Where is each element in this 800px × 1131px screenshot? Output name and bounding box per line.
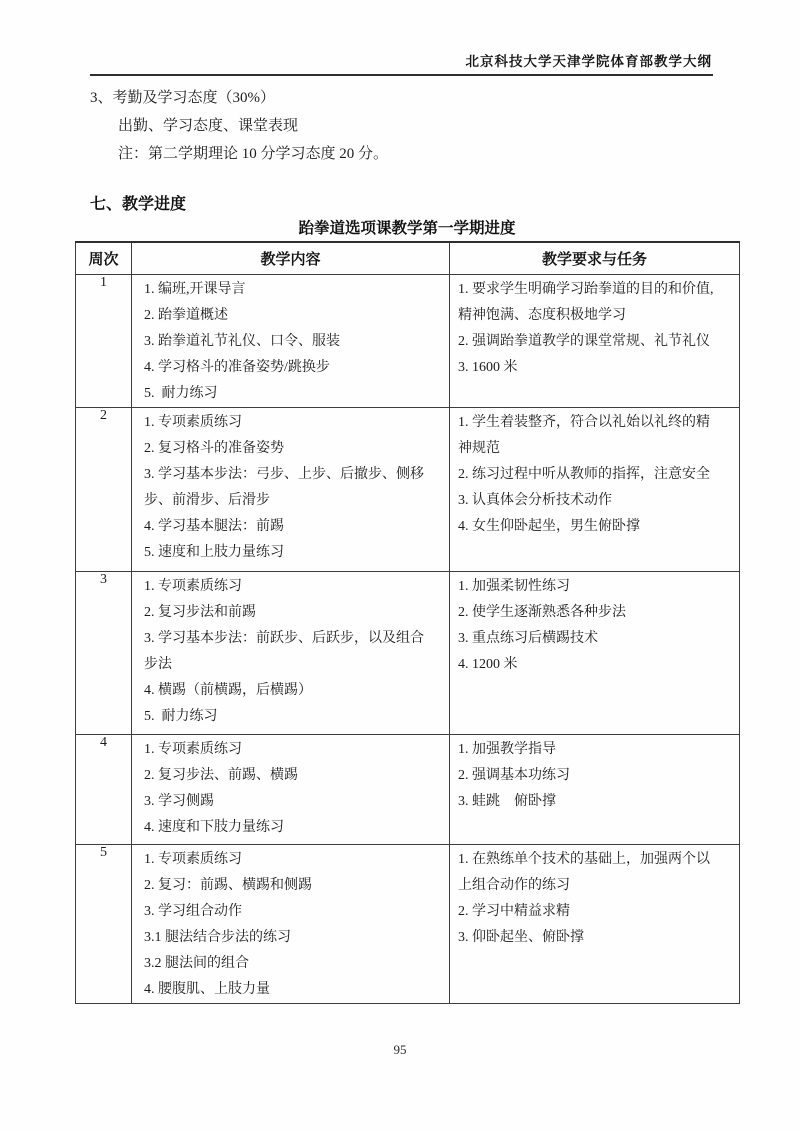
cell-line: 3. 跆拳道礼节礼仪、口令、服装 xyxy=(144,329,445,355)
cell-line: 2. 跆拳道概述 xyxy=(144,303,445,329)
cell-line: 步、前滑步、后滑步 xyxy=(144,488,445,514)
cell-line: 5. 耐力练习 xyxy=(144,381,445,407)
col-header-content: 教学内容 xyxy=(132,242,450,274)
grading-section: 3、考勤及学习态度（30%） 出勤、学习态度、课堂表现 注：第二学期理论 10 … xyxy=(90,84,720,168)
content-cell: 1. 专项素质练习2. 复习步法和前踢3. 学习基本步法：前跃步、后跃步，以及组… xyxy=(132,571,450,734)
cell-line: 1. 专项素质练习 xyxy=(144,574,445,600)
requirements-cell: 1. 加强柔韧性练习2. 使学生逐渐熟悉各种步法3. 重点练习后横踢技术4. 1… xyxy=(450,571,740,734)
schedule-table: 周次 教学内容 教学要求与任务 1 1. 编班,开课导言2. 跆拳道概述3. 跆… xyxy=(75,241,740,1004)
grading-item-detail: 出勤、学习态度、课堂表现 xyxy=(90,112,720,140)
cell-line: 1. 要求学生明确学习跆拳道的目的和价值, xyxy=(458,277,735,303)
page-header-title: 北京科技大学天津学院体育部教学大纲 xyxy=(466,50,713,70)
cell-line: 1. 专项素质练习 xyxy=(144,737,445,763)
cell-line: 2. 复习步法、前踢、横踢 xyxy=(144,763,445,789)
cell-line: 2. 使学生逐渐熟悉各种步法 xyxy=(458,600,735,626)
cell-line: 4. 女生仰卧起坐，男生俯卧撑 xyxy=(458,514,735,540)
cell-line: 3. 蛙跳 俯卧撑 xyxy=(458,789,735,815)
grading-note: 注：第二学期理论 10 分学习态度 20 分。 xyxy=(90,140,720,168)
cell-line: 1. 在熟练单个技术的基础上，加强两个以 xyxy=(458,847,735,873)
cell-line: 3. 重点练习后横踢技术 xyxy=(458,626,735,652)
requirements-cell: 1. 学生着装整齐，符合以礼始以礼终的精神规范2. 练习过程中听从教师的指挥，注… xyxy=(450,407,740,571)
cell-line: 2. 复习格斗的准备姿势 xyxy=(144,436,445,462)
requirements-cell: 1. 加强教学指导2. 强调基本功练习3. 蛙跳 俯卧撑 xyxy=(450,734,740,844)
cell-line: 3. 学习侧踢 xyxy=(144,789,445,815)
cell-line: 3. 1600 米 xyxy=(458,355,735,381)
col-header-requirements: 教学要求与任务 xyxy=(450,242,740,274)
table-title: 跆拳道选项课教学第一学期进度 xyxy=(75,216,739,238)
cell-line: 神规范 xyxy=(458,436,735,462)
requirements-cell: 1. 要求学生明确学习跆拳道的目的和价值,精神饱满、态度积极地学习2. 强调跆拳… xyxy=(450,274,740,407)
page-number: 95 xyxy=(0,1042,800,1058)
week-cell: 2 xyxy=(76,407,132,571)
cell-line: 2. 学习中精益求精 xyxy=(458,899,735,925)
cell-line: 2. 复习：前踢、横踢和侧踢 xyxy=(144,873,445,899)
table-row-week-3: 3 1. 专项素质练习2. 复习步法和前踢3. 学习基本步法：前跃步、后跃步，以… xyxy=(76,571,740,734)
cell-line: 精神饱满、态度积极地学习 xyxy=(458,303,735,329)
cell-line: 4. 学习格斗的准备姿势/跳换步 xyxy=(144,355,445,381)
content-cell: 1. 编班,开课导言2. 跆拳道概述3. 跆拳道礼节礼仪、口令、服装4. 学习格… xyxy=(132,274,450,407)
cell-line: 5. 耐力练习 xyxy=(144,704,445,730)
content-cell: 1. 专项素质练习2. 复习格斗的准备姿势3. 学习基本步法：弓步、上步、后撤步… xyxy=(132,407,450,571)
cell-line: 3. 学习基本步法：弓步、上步、后撤步、侧移 xyxy=(144,462,445,488)
cell-line: 3. 仰卧起坐、俯卧撑 xyxy=(458,925,735,951)
document-page: 北京科技大学天津学院体育部教学大纲 3、考勤及学习态度（30%） 出勤、学习态度… xyxy=(0,0,800,1131)
cell-line: 3. 学习基本步法：前跃步、后跃步，以及组合 xyxy=(144,626,445,652)
cell-line: 2. 强调基本功练习 xyxy=(458,763,735,789)
week-cell: 5 xyxy=(76,844,132,1003)
header-rule xyxy=(90,74,713,76)
cell-line: 5. 速度和上肢力量练习 xyxy=(144,540,445,566)
cell-line: 1. 编班,开课导言 xyxy=(144,277,445,303)
cell-line: 上组合动作的练习 xyxy=(458,873,735,899)
cell-line: 1. 加强柔韧性练习 xyxy=(458,574,735,600)
col-header-week: 周次 xyxy=(76,242,132,274)
cell-line: 3. 认真体会分析技术动作 xyxy=(458,488,735,514)
week-cell: 3 xyxy=(76,571,132,734)
cell-line: 3.2 腿法间的组合 xyxy=(144,951,445,977)
cell-line: 1. 专项素质练习 xyxy=(144,410,445,436)
cell-line: 3.1 腿法结合步法的练习 xyxy=(144,925,445,951)
content-cell: 1. 专项素质练习2. 复习：前踢、横踢和侧踢3. 学习组合动作3.1 腿法结合… xyxy=(132,844,450,1003)
cell-line: 1. 专项素质练习 xyxy=(144,847,445,873)
cell-line: 4. 1200 米 xyxy=(458,652,735,678)
grading-item-heading: 3、考勤及学习态度（30%） xyxy=(90,84,720,112)
cell-line: 1. 学生着装整齐，符合以礼始以礼终的精 xyxy=(458,410,735,436)
cell-line: 2. 练习过程中听从教师的指挥，注意安全 xyxy=(458,462,735,488)
cell-line: 4. 横踢（前横踢，后横踢） xyxy=(144,678,445,704)
table-row-week-1: 1 1. 编班,开课导言2. 跆拳道概述3. 跆拳道礼节礼仪、口令、服装4. 学… xyxy=(76,274,740,407)
cell-line: 2. 强调跆拳道教学的课堂常规、礼节礼仪 xyxy=(458,329,735,355)
cell-line: 4. 速度和下肢力量练习 xyxy=(144,815,445,841)
cell-line: 1. 加强教学指导 xyxy=(458,737,735,763)
content-cell: 1. 专项素质练习2. 复习步法、前踢、横踢3. 学习侧踢4. 速度和下肢力量练… xyxy=(132,734,450,844)
cell-line: 4. 学习基本腿法：前踢 xyxy=(144,514,445,540)
requirements-cell: 1. 在熟练单个技术的基础上，加强两个以上组合动作的练习2. 学习中精益求精3.… xyxy=(450,844,740,1003)
table-row-week-2: 2 1. 专项素质练习2. 复习格斗的准备姿势3. 学习基本步法：弓步、上步、后… xyxy=(76,407,740,571)
week-cell: 1 xyxy=(76,274,132,407)
cell-line: 3. 学习组合动作 xyxy=(144,899,445,925)
table-header-row: 周次 教学内容 教学要求与任务 xyxy=(76,242,740,274)
cell-line: 4. 腰腹肌、上肢力量 xyxy=(144,977,445,1003)
week-cell: 4 xyxy=(76,734,132,844)
section-heading: 七、教学进度 xyxy=(90,191,186,214)
table-row-week-4: 4 1. 专项素质练习2. 复习步法、前踢、横踢3. 学习侧踢4. 速度和下肢力… xyxy=(76,734,740,844)
cell-line: 步法 xyxy=(144,652,445,678)
table-row-week-5: 5 1. 专项素质练习2. 复习：前踢、横踢和侧踢3. 学习组合动作3.1 腿法… xyxy=(76,844,740,1003)
cell-line: 2. 复习步法和前踢 xyxy=(144,600,445,626)
